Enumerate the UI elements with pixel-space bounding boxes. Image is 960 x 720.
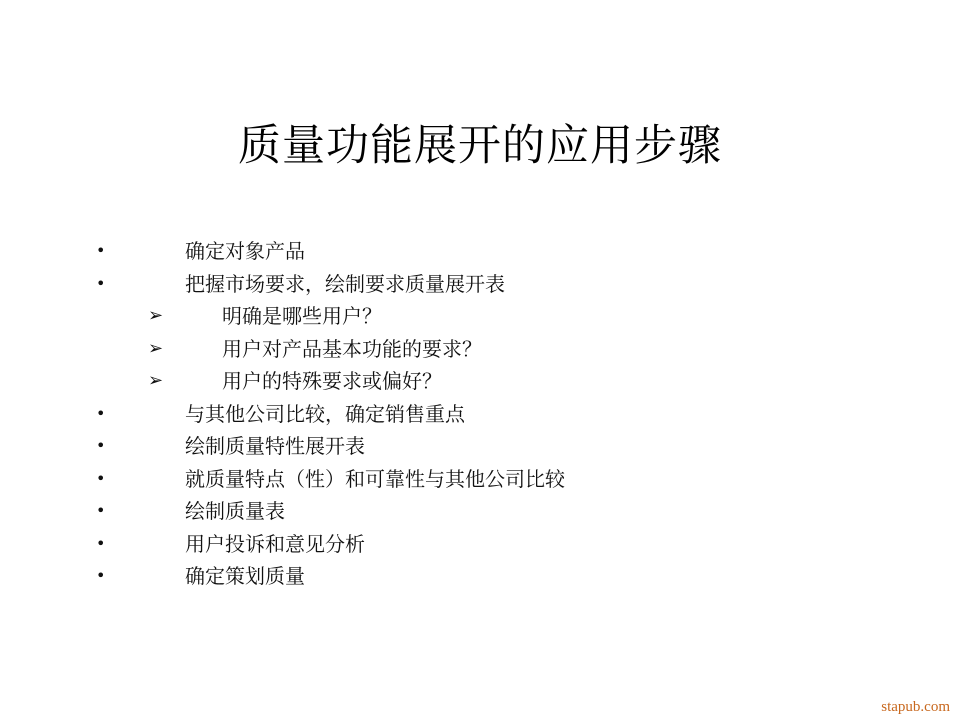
list-item-text: 绘制质量表 <box>185 496 285 526</box>
list-item-text: 用户对产品基本功能的要求？ <box>222 334 482 364</box>
list-item-text: 明确是哪些用户？ <box>222 301 382 331</box>
list-item: • 确定对象产品 <box>0 236 960 269</box>
list-item-text: 用户的特殊要求或偏好？ <box>222 366 442 396</box>
list-item: • 把握市场要求，绘制要求质量展开表 <box>0 269 960 302</box>
list-item-text: 确定策划质量 <box>185 561 305 591</box>
bullet-dot-icon: • <box>96 269 105 299</box>
list-item-text: 用户投诉和意见分析 <box>185 529 365 559</box>
arrow-bullet-icon: ➢ <box>148 334 163 364</box>
list-item: • 确定策划质量 <box>0 561 960 594</box>
arrow-bullet-icon: ➢ <box>148 301 163 331</box>
bullet-list: • 确定对象产品 • 把握市场要求，绘制要求质量展开表 ➢ 明确是哪些用户？ ➢… <box>0 236 960 594</box>
bullet-dot-icon: • <box>96 529 105 559</box>
watermark: stapub.com <box>881 699 950 716</box>
slide-title: 质量功能展开的应用步骤 <box>0 112 960 173</box>
bullet-dot-icon: • <box>96 496 105 526</box>
sub-list-item: ➢ 用户对产品基本功能的要求？ <box>0 334 960 367</box>
bullet-dot-icon: • <box>96 236 105 266</box>
list-item: • 与其他公司比较，确定销售重点 <box>0 399 960 432</box>
bullet-dot-icon: • <box>96 561 105 591</box>
list-item-text: 绘制质量特性展开表 <box>185 431 365 461</box>
list-item: • 用户投诉和意见分析 <box>0 529 960 562</box>
list-item: • 就质量特点（性）和可靠性与其他公司比较 <box>0 464 960 497</box>
list-item-text: 就质量特点（性）和可靠性与其他公司比较 <box>185 464 565 494</box>
arrow-bullet-icon: ➢ <box>148 366 163 396</box>
sub-list-item: ➢ 明确是哪些用户？ <box>0 301 960 334</box>
bullet-dot-icon: • <box>96 431 105 461</box>
bullet-dot-icon: • <box>96 464 105 494</box>
bullet-dot-icon: • <box>96 399 105 429</box>
sub-list-item: ➢ 用户的特殊要求或偏好？ <box>0 366 960 399</box>
list-item-text: 确定对象产品 <box>185 236 305 266</box>
list-item-text: 与其他公司比较，确定销售重点 <box>185 399 465 429</box>
list-item-text: 把握市场要求，绘制要求质量展开表 <box>185 269 505 299</box>
list-item: • 绘制质量表 <box>0 496 960 529</box>
list-item: • 绘制质量特性展开表 <box>0 431 960 464</box>
